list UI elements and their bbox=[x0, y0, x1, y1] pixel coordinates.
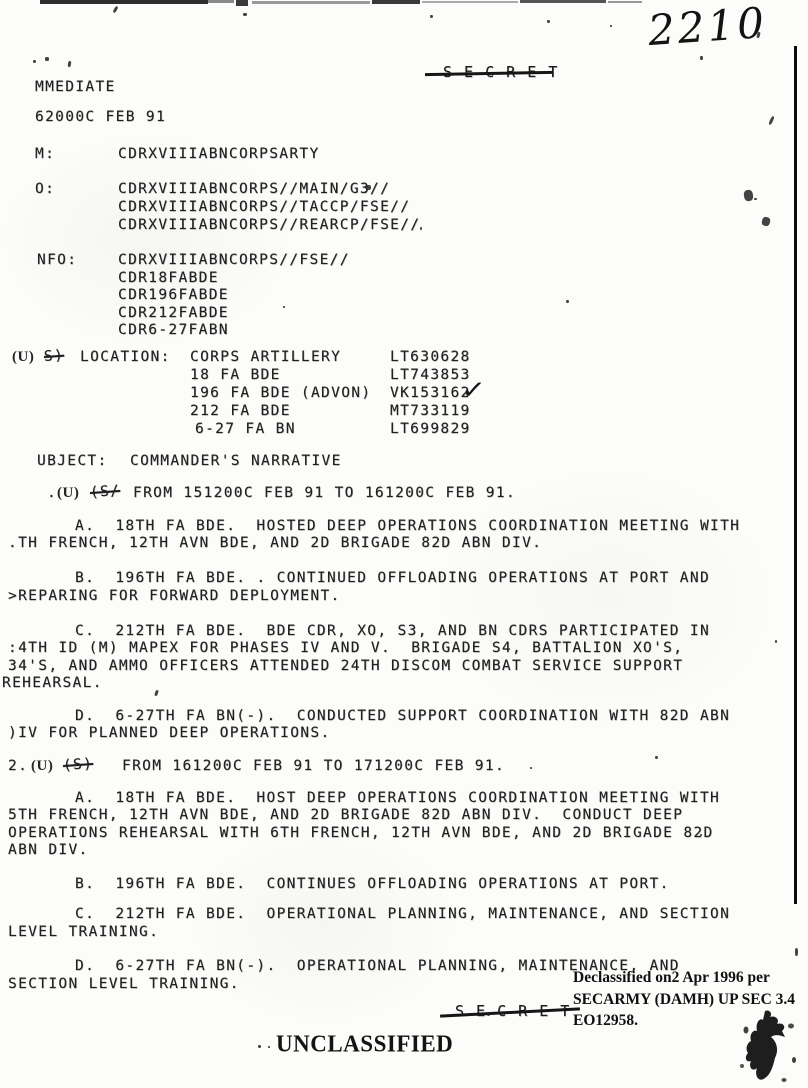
scan-speck bbox=[258, 1045, 261, 1048]
typewritten-text: >REPARING FOR FORWARD DEPLOYMENT. bbox=[8, 589, 341, 604]
typewritten-text: 212 FA BDE bbox=[190, 404, 291, 419]
typewritten-text: :4TH ID (M) MAPEX FOR PHASES IV AND V. B… bbox=[8, 641, 683, 656]
typewritten-text: 2. bbox=[8, 759, 28, 774]
document-page: 2210 S E C R E T MMEDIATE62000C FEB 91M:… bbox=[0, 0, 808, 1088]
typewritten-text: CDR6-27FABN bbox=[118, 323, 229, 338]
scan-artifact bbox=[40, 0, 208, 4]
struck-classification-mark: (S) bbox=[62, 757, 93, 774]
typewritten-text: MT733119 bbox=[390, 404, 471, 419]
scan-speck bbox=[547, 20, 550, 23]
scan-artifact bbox=[422, 1, 518, 3]
scan-speck bbox=[68, 61, 72, 67]
typewritten-text: A. 18TH FA BDE. HOSTED DEEP OPERATIONS C… bbox=[75, 519, 740, 534]
typewritten-text: B. 196TH FA BDE. . CONTINUED OFFLOADING … bbox=[75, 571, 710, 586]
scan-speck bbox=[268, 1046, 270, 1048]
typewritten-text: CDR18FABDE bbox=[118, 271, 219, 286]
scan-artifact bbox=[252, 1, 370, 4]
scan-speck bbox=[566, 300, 569, 303]
scan-speck bbox=[430, 15, 433, 18]
typewritten-text: CDRXVIIIABNCORPS//FSE// bbox=[118, 253, 350, 268]
typewritten-text: OPERATIONS REHEARSAL WITH 6TH FRENCH, 12… bbox=[8, 826, 714, 841]
typewritten-text: FROM 161200C FEB 91 TO 171200C FEB 91. bbox=[122, 759, 505, 774]
typewritten-text: 34'S, AND AMMO OFFICERS ATTENDED 24TH DI… bbox=[8, 659, 683, 674]
typewritten-text: VK153162 bbox=[390, 386, 471, 401]
scan-artifact bbox=[236, 0, 248, 6]
typewritten-text: C. 212TH FA BDE. BDE CDR, XO, S3, AND BN… bbox=[75, 624, 710, 639]
typewritten-text: )IV FOR PLANNED DEEP OPERATIONS. bbox=[8, 726, 331, 741]
scan-speck bbox=[33, 60, 36, 63]
typewritten-text: LOCATION: bbox=[80, 350, 171, 365]
typewritten-text: CDRXVIIIABNCORPS//MAIN/G3// bbox=[118, 182, 390, 197]
scan-speck bbox=[243, 13, 247, 16]
typewritten-text: LEVEL TRAINING. bbox=[8, 925, 159, 940]
typewritten-text: CDRXVIIIABNCORPS//REARCP/FSE// bbox=[118, 218, 420, 233]
typewritten-text: ABN DIV. bbox=[8, 843, 89, 858]
scan-speck bbox=[45, 57, 49, 61]
typewritten-text: M: bbox=[35, 147, 55, 162]
unclassified-paragraph-mark: (U) bbox=[57, 486, 79, 501]
typewritten-text: .TH FRENCH, 12TH AVN BDE, AND 2D BRIGADE… bbox=[8, 536, 542, 551]
scan-speck bbox=[700, 56, 703, 60]
typewritten-text: SECTION LEVEL TRAINING. bbox=[8, 977, 240, 992]
typewritten-text: CDR196FABDE bbox=[118, 288, 229, 303]
typewritten-text: MMEDIATE bbox=[35, 80, 116, 95]
handwritten-page-number: 2210 bbox=[646, 0, 768, 55]
typewritten-text: A. 18TH FA BDE. HOST DEEP OPERATIONS COO… bbox=[75, 791, 720, 806]
scan-artifact bbox=[208, 0, 234, 3]
typewritten-text: REHEARSAL. bbox=[2, 676, 103, 691]
scan-speck bbox=[112, 6, 118, 14]
scan-speck bbox=[655, 756, 658, 759]
scan-speck bbox=[768, 116, 775, 125]
scan-speck bbox=[610, 25, 612, 27]
typewritten-text: CORPS ARTILLERY bbox=[190, 350, 341, 365]
unclassified-paragraph-mark: (U) bbox=[31, 759, 53, 774]
struck-classification-mark: (S/ bbox=[89, 484, 120, 501]
scan-speck bbox=[530, 767, 532, 769]
typewritten-text: LT699829 bbox=[390, 422, 471, 437]
declassification-stamp-line: SECARMY (DAMH) UP SEC 3.4 bbox=[573, 989, 808, 1011]
page-edge-line bbox=[794, 46, 797, 904]
scan-speck bbox=[487, 1013, 490, 1016]
unclassified-paragraph-mark: (U) bbox=[12, 350, 34, 365]
typewritten-text: COMMANDER'S NARRATIVE bbox=[130, 454, 342, 469]
declassification-stamp-line: Declassified on2 Apr 1996 per bbox=[573, 967, 808, 989]
typewritten-text: FROM 151200C FEB 91 TO 161200C FEB 91. bbox=[133, 486, 516, 501]
typewritten-text: D. 6-27TH FA BN(-). CONDUCTED SUPPORT CO… bbox=[75, 709, 730, 724]
typewritten-text: B. 196TH FA BDE. CONTINUES OFFLOADING OP… bbox=[75, 877, 670, 892]
unclassified-stamp: UNCLASSIFIED bbox=[276, 1030, 453, 1057]
typewritten-text: NFO: bbox=[37, 253, 77, 268]
typewritten-text: LT743853 bbox=[390, 368, 471, 383]
typewritten-text: 196 FA BDE (ADVON) bbox=[190, 386, 371, 401]
typewritten-text: CDRXVIIIABNCORPS//TACCP/FSE// bbox=[118, 200, 410, 215]
scan-artifact bbox=[520, 0, 606, 3]
scan-speck bbox=[700, 834, 702, 836]
typewritten-text: 6-27 FA BN bbox=[195, 422, 296, 437]
typewritten-text: UBJECT: bbox=[37, 454, 108, 469]
scan-speck bbox=[154, 690, 159, 697]
typewritten-text: O: bbox=[35, 182, 55, 197]
typewritten-text: 18 FA BDE bbox=[190, 368, 281, 383]
scan-speck bbox=[743, 189, 753, 201]
typewritten-text: CDR212FABDE bbox=[118, 306, 229, 321]
scan-speck bbox=[420, 227, 422, 230]
typewritten-text: . bbox=[47, 486, 57, 501]
typewritten-text: C. 212TH FA BDE. OPERATIONAL PLANNING, M… bbox=[75, 907, 730, 922]
ink-blot bbox=[734, 1008, 800, 1088]
struck-classification-mark: S) bbox=[43, 349, 64, 365]
scan-artifact bbox=[372, 0, 420, 4]
scan-speck bbox=[754, 198, 757, 200]
typewritten-text: 5TH FRENCH, 12TH AVN BDE, AND 2D BRIGADE… bbox=[8, 808, 683, 823]
scan-artifact bbox=[608, 1, 642, 3]
scan-speck bbox=[775, 640, 777, 643]
scan-speck bbox=[366, 185, 371, 190]
typewritten-text: LT630628 bbox=[390, 350, 471, 365]
handwritten-checkmark: ✓ bbox=[460, 376, 486, 405]
scan-speck bbox=[283, 306, 285, 308]
typewritten-text: 62000C FEB 91 bbox=[35, 110, 166, 125]
scan-speck bbox=[761, 216, 771, 227]
scan-speck bbox=[795, 948, 798, 956]
typewritten-text: CDRXVIIIABNCORPSARTY bbox=[118, 147, 320, 162]
